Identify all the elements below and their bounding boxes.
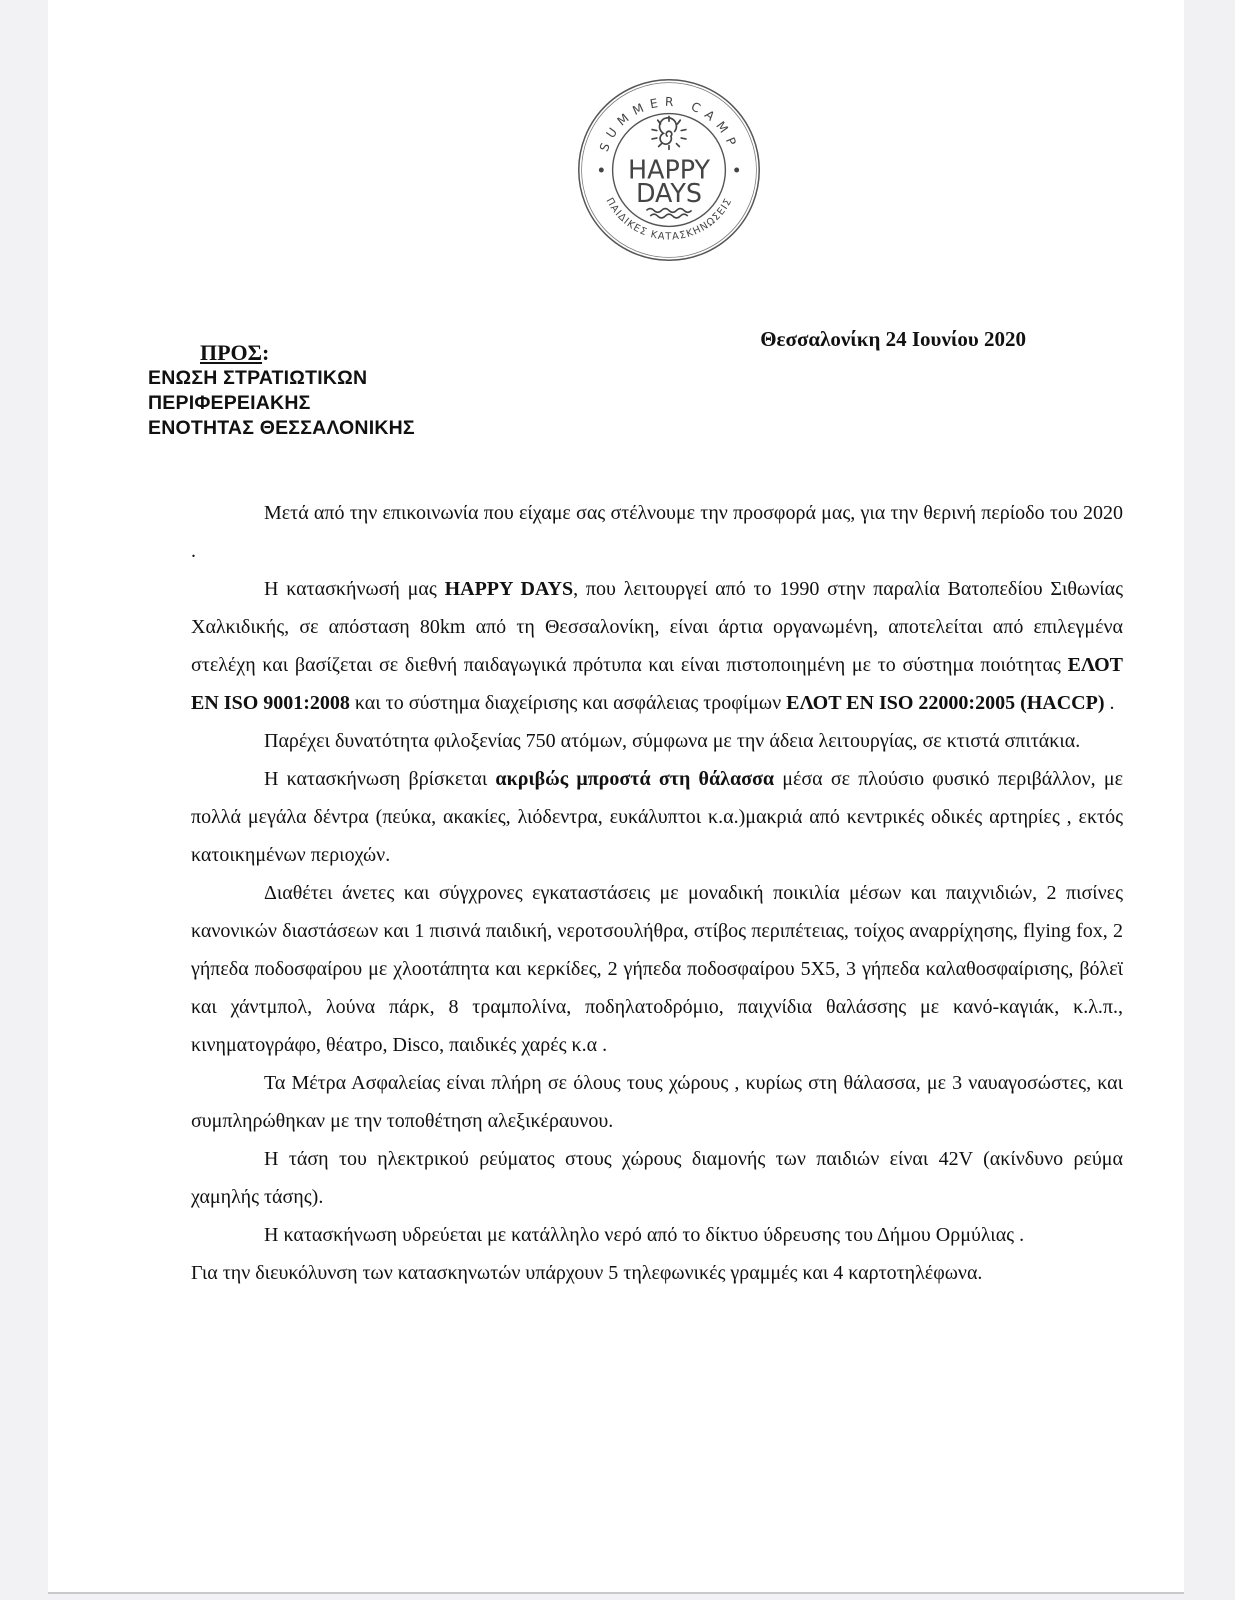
body-paragraph: Για την διευκόλυνση των κατασκηνωτών υπά… [191,1254,1123,1292]
happy-days-logo: SUMMER CAMP ΠΑΙΔΙΚΕΣ ΚΑΤΑΣΚΗΝΩΣΕΙΣ [575,76,763,264]
stamp-logo-icon: SUMMER CAMP ΠΑΙΔΙΚΕΣ ΚΑΤΑΣΚΗΝΩΣΕΙΣ [575,76,763,264]
body-paragraph: Παρέχει δυνατότητα φιλοξενίας 750 ατόμων… [191,722,1123,760]
letter-date: Θεσσαλονίκη 24 Ιουνίου 2020 [760,326,1026,352]
recipient-line: ΕΝΟΤΗΤΑΣ ΘΕΣΣΑΛΟΝΙΚΗΣ [148,416,415,441]
bold-text: ακριβώς μπροστά στη θάλασσα [495,768,774,790]
text: Διαθέτει άνετες και σύγχρονες εγκαταστάσ… [191,882,1123,1056]
body-paragraph: Η τάση του ηλεκτρικού ρεύματος στους χώρ… [191,1140,1123,1216]
bold-text: ΕΛΟΤ ΕΝ ISO 22000:2005 (HACCP) [786,692,1104,714]
letter-body: Μετά από την επικοινωνία που είχαμε σας … [191,494,1123,1292]
text: Η κατασκήνωση βρίσκεται [264,768,495,790]
viewer-background [1184,0,1235,1600]
recipient-label: ΠΡΟΣ: [200,340,269,366]
text: Η τάση του ηλεκτρικού ρεύματος στους χώρ… [191,1148,1123,1208]
recipient-line: ΕΝΩΣΗ ΣΤΡΑΤΙΩΤΙΚΩΝ [148,366,415,391]
recipient-line: ΠΕΡΙΦΕΡΕΙΑΚΗΣ [148,391,415,416]
body-paragraph: Διαθέτει άνετες και σύγχρονες εγκαταστάσ… [191,874,1123,1064]
sun-spiral-icon [652,116,686,149]
body-paragraph: Η κατασκήνωσή μας HAPPY DAYS, που λειτου… [191,570,1123,722]
document-page: SUMMER CAMP ΠΑΙΔΙΚΕΣ ΚΑΤΑΣΚΗΝΩΣΕΙΣ [48,0,1184,1594]
text: και το σύστημα διαχείρισης και ασφάλειας… [350,692,786,714]
text: Η κατασκήνωσή μας [264,578,445,600]
text: . [1105,692,1115,714]
body-paragraph: Η κατασκήνωση βρίσκεται ακριβώς μπροστά … [191,760,1123,874]
body-paragraph: Τα Μέτρα Ασφαλείας είναι πλήρη σε όλους … [191,1064,1123,1140]
bold-text: HAPPY DAYS [445,578,574,600]
logo-line2: DAYS [636,178,702,208]
text: Για την διευκόλυνση των κατασκηνωτών υπά… [191,1262,982,1284]
text: Μετά από την επικοινωνία που είχαμε σας … [191,502,1123,562]
recipient-block: ΠΡΟΣ: ΕΝΩΣΗ ΣΤΡΑΤΙΩΤΙΚΩΝ ΠΕΡΙΦΕΡΕΙΑΚΗΣ Ε… [148,340,415,441]
text: Η κατασκήνωση υδρεύεται με κατάλληλο νερ… [264,1224,1024,1246]
body-paragraph: Μετά από την επικοινωνία που είχαμε σας … [191,494,1123,570]
waves-icon [646,209,691,218]
text: Παρέχει δυνατότητα φιλοξενίας 750 ατόμων… [264,730,1080,752]
body-paragraph: Η κατασκήνωση υδρεύεται με κατάλληλο νερ… [191,1216,1123,1254]
text: Τα Μέτρα Ασφαλείας είναι πλήρη σε όλους … [191,1072,1123,1132]
